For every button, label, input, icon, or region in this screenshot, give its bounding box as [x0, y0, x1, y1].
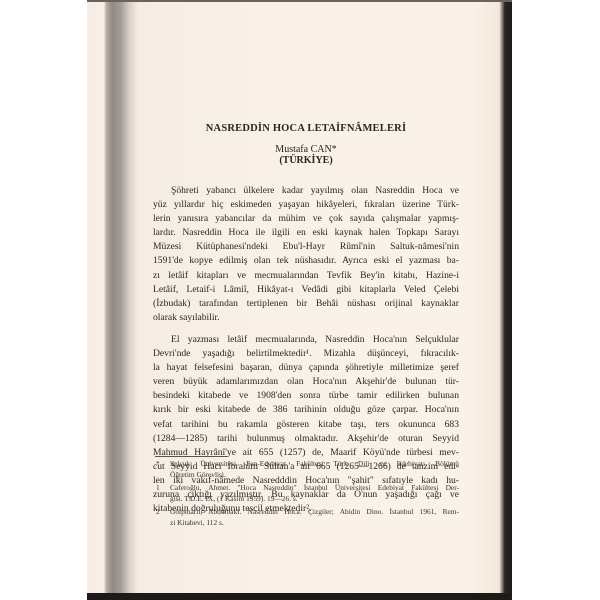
text-line: Müzesi Kütüphanesi'ndeki Ebu'l-Hayr Rûmî…	[153, 240, 459, 254]
footnotes: * Selçuk Üniversitesi Fen-Edebiyat Fakül…	[153, 459, 459, 532]
footnote: * Selçuk Üniversitesi Fen-Edebiyat Fakül…	[153, 459, 459, 480]
text-line: Selçuk Üniversitesi Fen-Edebiyat Fakülte…	[170, 459, 459, 470]
paragraph-1: Şöhreti yabancı ülkelere kadar yayılmış …	[153, 184, 459, 325]
footnote: 2 Gölpınarlı, Abdülbaki. Nasreddin Hoca.…	[153, 507, 459, 528]
text-line: El yazması letâif mecmualarında, Nasredd…	[153, 333, 459, 347]
footnote-text: Caferoğlu, Ahmet. "Hoca Nasreddin" İstan…	[170, 483, 459, 504]
text-line: zı letâif kitapları ve mecmualarından Te…	[153, 269, 459, 283]
text-line: lardır. Nasreddin Hoca ile ilgili en esk…	[153, 226, 459, 240]
text-line: besindeki kitabede ve 1908'den sonra tür…	[153, 389, 459, 403]
text-line: Mahmud Hayrânî'ye ait 655 (1257) de, Maa…	[153, 446, 459, 460]
text-line: olarak sayılabilir.	[153, 311, 459, 325]
footnote-text: Selçuk Üniversitesi Fen-Edebiyat Fakülte…	[170, 459, 459, 480]
text-line: Caferoğlu, Ahmet. "Hoca Nasreddin" İstan…	[170, 483, 459, 494]
text-line: kırık bir eski kitabede de 386 tarihinin…	[153, 403, 459, 417]
text-line: (İzbudak) tarafından tertiplenen bir Beh…	[153, 297, 459, 311]
text-line: Devri'nde yaşadığı belirtilmektedir¹. Mi…	[153, 347, 459, 361]
footnote: 1 Caferoğlu, Ahmet. "Hoca Nasreddin" İst…	[153, 483, 459, 504]
page-bottom-edge	[87, 593, 512, 600]
text-line: 1591'de kopye edilmiş olan tek nüshasıdı…	[153, 254, 459, 268]
text-line: Gölpınarlı, Abdülbaki. Nasreddin Hoca. Ç…	[170, 507, 459, 518]
text-line: Şöhreti yabancı ülkelere kadar yayılmış …	[153, 184, 459, 198]
text-line: yüz yıllardır hiç eskimeden yaşayan hikâ…	[153, 198, 459, 212]
footnote-mark: 1	[153, 483, 170, 504]
text-line: gisi. T.D.E. IX, (1 Kasım 1959). 19—26. …	[170, 494, 459, 505]
text-line: (1284—1285) tarihi bulunmuş olmaktadır. …	[153, 432, 459, 446]
footnote-text: Gölpınarlı, Abdülbaki. Nasreddin Hoca. Ç…	[170, 507, 459, 528]
text-line: zi Kitabevi, 112 s.	[170, 518, 459, 529]
text-line: lerin yanısıra yabancılar da mühim ve ço…	[153, 212, 459, 226]
footnote-mark: 2	[153, 507, 170, 528]
footnote-mark: *	[153, 459, 170, 480]
text-line: vefat tarihini bu rakamla gösteren kitab…	[153, 418, 459, 432]
text-line: Letâif, Letaif-i Lâmiî, Hikâyat-ı Vedâdi…	[153, 283, 459, 297]
text-line: Öğretim Görevlisi.	[170, 470, 459, 481]
text-line: veren büyük adamlarımızdan olan Hoca'nın…	[153, 375, 459, 389]
article-title: NASREDDİN HOCA LETAİFNÂMELERİ	[153, 123, 459, 134]
page-top-edge	[87, 0, 512, 2]
footnote-divider	[155, 456, 227, 457]
author-country: (TÜRKİYE)	[153, 155, 459, 166]
author-block: Mustafa CAN* (TÜRKİYE)	[153, 144, 459, 166]
text-line: la hayat felsefesini başaran, dünya çapı…	[153, 361, 459, 375]
author-name: Mustafa CAN*	[153, 144, 459, 155]
